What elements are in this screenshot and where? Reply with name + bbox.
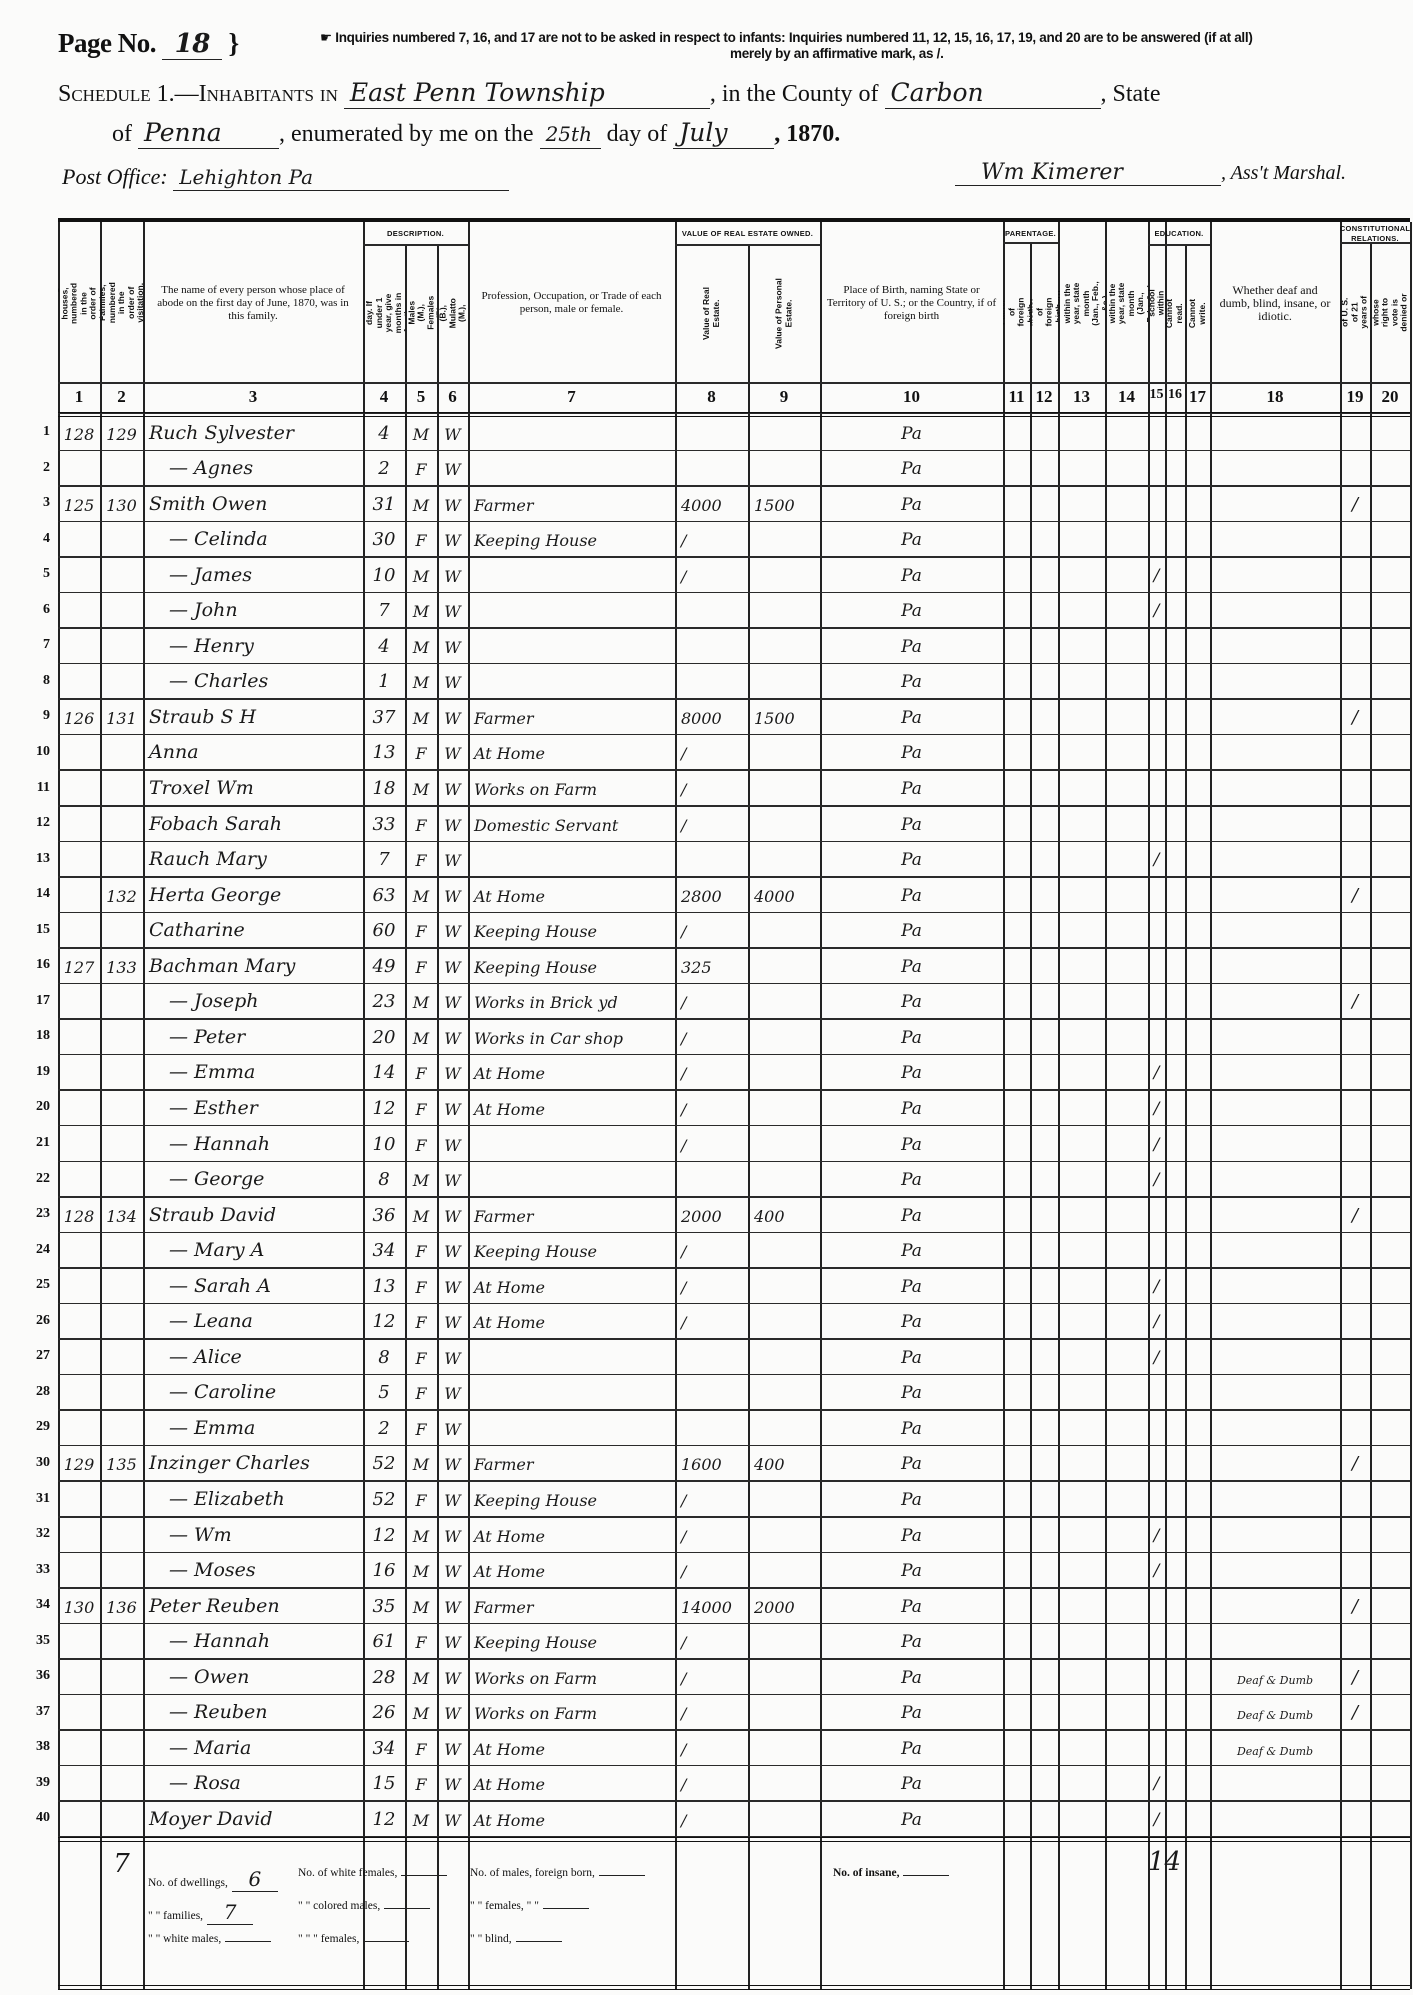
line-number: 2	[0, 460, 50, 476]
age-cell: 60	[363, 920, 405, 941]
name-cell: Smith Owen	[149, 493, 363, 515]
table-row: 3434130136Peter Reuben35MWFarmer14000200…	[58, 1588, 1410, 1624]
color-cell: W	[437, 1207, 468, 1226]
column-header-15: Attended school within the year.	[1148, 226, 1165, 380]
birthplace-cell: Pa	[820, 495, 1003, 515]
column-header-6: Color.—White (W.), Black (B.), Mulatto (…	[437, 246, 468, 380]
schedule-label: Schedule 1.—Inhabitants in	[58, 81, 338, 107]
column-number: 14	[1105, 387, 1148, 407]
occupation-cell: At Home	[474, 1811, 675, 1830]
rows-end-double-rule	[58, 1837, 1410, 1842]
age-cell: 13	[363, 1276, 405, 1297]
column-header-19: Male Citizens of U. S. of 21 years of ag…	[1340, 244, 1370, 380]
sex-cell: M	[405, 496, 437, 515]
column-number: 20	[1370, 387, 1410, 407]
footer-insane-label: No. of insane,	[833, 1867, 899, 1879]
sex-cell: M	[405, 1562, 437, 1581]
color-cell: W	[437, 1100, 468, 1119]
color-cell: W	[437, 851, 468, 870]
age-cell: 26	[363, 1702, 405, 1723]
footer-white-males-value	[225, 1941, 271, 1942]
color-cell: W	[437, 1349, 468, 1368]
family-number-cell: 136	[100, 1598, 143, 1617]
male-citizen-cell: /	[1340, 1702, 1370, 1723]
sex-cell: M	[405, 602, 437, 621]
table-row: 1616127133Bachman Mary49FWKeeping House3…	[58, 948, 1410, 984]
line-number: 20	[0, 1099, 50, 1115]
name-cell: — Henry	[149, 635, 383, 657]
real-estate-cell: /	[681, 993, 748, 1012]
dwelling-number-cell: 125	[58, 496, 100, 515]
occupation-cell: Farmer	[474, 1598, 675, 1617]
name-cell: — Leana	[149, 1310, 383, 1332]
name-cell: Troxel Wm	[149, 777, 363, 799]
column-header-3: The name of every person whose place of …	[143, 226, 363, 380]
name-cell: — Elizabeth	[149, 1488, 383, 1510]
age-cell: 10	[363, 1134, 405, 1155]
column-number: 3	[143, 387, 363, 407]
line-number: 24	[0, 1242, 50, 1258]
line-number: 28	[0, 1384, 50, 1400]
state-field: Penna	[138, 118, 279, 149]
birthplace-cell: Pa	[820, 1490, 1003, 1510]
name-cell: Fobach Sarah	[149, 813, 363, 835]
column-header-11: Father of foreign birth.	[1003, 244, 1030, 380]
age-cell: 52	[363, 1453, 405, 1474]
sex-cell: F	[405, 1633, 437, 1652]
table-bottom-rule	[58, 1985, 1410, 1990]
line-number: 18	[0, 1028, 50, 1044]
line-number: 30	[0, 1455, 50, 1471]
line-number: 33	[0, 1562, 50, 1578]
footer-blind-value	[516, 1941, 562, 1942]
male-citizen-cell: /	[1340, 885, 1370, 906]
dwelling-number-cell: 127	[58, 958, 100, 977]
attended-school-cell: /	[1148, 1561, 1165, 1581]
census-table: Description.Value of Real Estate owned.P…	[58, 218, 1410, 1989]
column-header-14: If married within the year, state month …	[1105, 226, 1148, 380]
birthplace-cell: Pa	[820, 1063, 1003, 1083]
age-cell: 2	[363, 1418, 405, 1439]
birthplace-cell: Pa	[820, 1703, 1003, 1723]
footer-colored-males: " " colored males,	[298, 1900, 430, 1912]
occupation-cell: Farmer	[474, 496, 675, 515]
line-number: 23	[0, 1206, 50, 1222]
attended-school-cell: /	[1148, 1810, 1165, 1830]
color-cell: W	[437, 1491, 468, 1510]
column-header-label: Male Citizens of U. S. of 21 years of ag…	[1340, 293, 1370, 330]
age-cell: 20	[363, 1027, 405, 1048]
table-row: 3636— Owen28MWWorks on Farm/PaDeaf & Dum…	[58, 1659, 1410, 1695]
attended-school-cell: /	[1148, 850, 1165, 870]
column-number: 12	[1030, 387, 1058, 407]
column-header-label: Cannot write.	[1188, 298, 1207, 327]
sex-cell: M	[405, 425, 437, 444]
line-number: 39	[0, 1775, 50, 1791]
real-estate-cell: 325	[681, 958, 748, 977]
attended-school-cell: /	[1148, 1063, 1165, 1083]
age-cell: 37	[363, 707, 405, 728]
color-cell: W	[437, 887, 468, 906]
name-cell: — Peter	[149, 1026, 383, 1048]
deaf-dumb-cell: Deaf & Dumb	[1210, 1674, 1340, 1687]
line-number: 8	[0, 673, 50, 689]
birthplace-cell: Pa	[820, 850, 1003, 870]
dwelling-number-cell: 128	[58, 1207, 100, 1226]
name-cell: — George	[149, 1168, 383, 1190]
column-number: 10	[820, 387, 1003, 407]
table-row: 1111Troxel Wm18MWWorks on Farm/Pa	[58, 771, 1410, 807]
attended-school-cell: /	[1148, 1135, 1165, 1155]
footer-colored-males-value	[384, 1908, 430, 1909]
real-estate-cell: 4000	[681, 496, 748, 515]
color-cell: W	[437, 922, 468, 941]
marshal-line: Wm Kimerer, Ass't Marshal.	[955, 160, 1346, 186]
real-estate-cell: /	[681, 1704, 748, 1723]
color-cell: W	[437, 1633, 468, 1652]
color-cell: W	[437, 425, 468, 444]
table-row: 4040Moyer David12MWAt Home/Pa/	[58, 1801, 1410, 1837]
birthplace-cell: Pa	[820, 1099, 1003, 1119]
sex-cell: M	[405, 638, 437, 657]
name-cell: — Joseph	[149, 990, 383, 1012]
color-cell: W	[437, 1136, 468, 1155]
occupation-cell: Domestic Servant	[474, 816, 675, 835]
deaf-dumb-cell: Deaf & Dumb	[1210, 1745, 1340, 1758]
sex-cell: M	[405, 1207, 437, 1226]
birthplace-cell: Pa	[820, 1668, 1003, 1688]
footer-white-males: " " white males,	[148, 1933, 271, 1945]
column-number: 16	[1165, 387, 1185, 403]
personal-estate-cell: 1500	[754, 496, 820, 515]
dwelling-number-cell: 130	[58, 1598, 100, 1617]
table-row: 1414132Herta George63MWAt Home28004000Pa…	[58, 877, 1410, 913]
color-cell: W	[437, 602, 468, 621]
real-estate-cell: 2000	[681, 1207, 748, 1226]
footer-dwellings: No. of dwellings,6	[148, 1867, 278, 1892]
birthplace-cell: Pa	[820, 708, 1003, 728]
line-number: 27	[0, 1348, 50, 1364]
line-number: 9	[0, 708, 50, 724]
year-label: , 1870.	[774, 121, 840, 147]
occupation-cell: Keeping House	[474, 1491, 675, 1510]
name-cell: Catharine	[149, 919, 363, 941]
sex-cell: M	[405, 1527, 437, 1546]
birthplace-cell: Pa	[820, 1561, 1003, 1581]
state-date-line: of Penna, enumerated by me on the 25th d…	[112, 118, 840, 149]
footer-white-females-value	[401, 1875, 447, 1876]
footer-white-females: No. of white females,	[298, 1867, 447, 1879]
occupation-cell: Keeping House	[474, 1242, 675, 1261]
footer-families-label: " " families,	[148, 1910, 203, 1922]
table-row: 2626— Leana12FWAt Home/Pa/	[58, 1304, 1410, 1340]
age-cell: 8	[363, 1169, 405, 1190]
table-row: 77— Henry4MWPa	[58, 628, 1410, 664]
table-row: 88— Charles1MWPa	[58, 664, 1410, 700]
day-of-label: day of	[607, 121, 668, 147]
column-header-16: Cannot read.	[1165, 246, 1185, 380]
name-cell: — Hannah	[149, 1133, 383, 1155]
attended-school-cell: /	[1148, 1312, 1165, 1332]
column-header-label: Families, numbered in the order of visit…	[100, 282, 143, 325]
occupation-cell: Works in Car shop	[474, 1029, 675, 1048]
column-header-4: Age at last birth-day. If under 1 year, …	[363, 246, 405, 380]
schedule-line: Schedule 1.—Inhabitants in East Penn Tow…	[58, 78, 1161, 109]
age-cell: 12	[363, 1311, 405, 1332]
color-cell: W	[437, 1242, 468, 1261]
attended-school-cell: /	[1148, 1774, 1165, 1794]
real-estate-cell: /	[681, 531, 748, 550]
color-cell: W	[437, 1704, 468, 1723]
age-cell: 1	[363, 671, 405, 692]
attended-school-cell: /	[1148, 1526, 1165, 1546]
age-cell: 63	[363, 885, 405, 906]
post-office-field: Lehighton Pa	[173, 164, 509, 191]
column-header-13: If born within the year, state month (Ja…	[1058, 226, 1105, 380]
column-header-label: Dwelling-houses, numbered in the order o…	[58, 282, 100, 324]
occupation-cell: At Home	[474, 1278, 675, 1297]
sex-cell: M	[405, 673, 437, 692]
sex-cell: M	[405, 567, 437, 586]
month-field: July	[673, 118, 774, 149]
table-row: 3838— Maria34FWAt Home/PaDeaf & Dumb	[58, 1730, 1410, 1766]
color-cell: W	[437, 460, 468, 479]
footer-insane-value	[903, 1875, 949, 1876]
table-row: 2929— Emma2FWPa	[58, 1410, 1410, 1446]
color-cell: W	[437, 1278, 468, 1297]
age-cell: 49	[363, 956, 405, 977]
sex-cell: F	[405, 531, 437, 550]
age-cell: 34	[363, 1738, 405, 1759]
name-cell: Rauch Mary	[149, 848, 363, 870]
line-number: 34	[0, 1597, 50, 1613]
column-header-label: Whether deaf and dumb, blind, insane, or…	[1210, 284, 1340, 323]
real-estate-cell: 2800	[681, 887, 748, 906]
real-estate-cell: /	[681, 1313, 748, 1332]
column-number: 17	[1185, 387, 1210, 407]
age-cell: 12	[363, 1525, 405, 1546]
male-citizen-cell: /	[1340, 1596, 1370, 1617]
birthplace-cell: Pa	[820, 886, 1003, 906]
age-cell: 16	[363, 1560, 405, 1581]
age-cell: 30	[363, 529, 405, 550]
column-header-5: Sex.—Males (M.), Females (F.)	[405, 246, 437, 380]
column-header-7: Profession, Occupation, or Trade of each…	[468, 226, 675, 380]
name-cell: Straub David	[149, 1204, 363, 1226]
birthplace-cell: Pa	[820, 815, 1003, 835]
name-cell: Herta George	[149, 884, 363, 906]
occupation-cell: At Home	[474, 1740, 675, 1759]
name-cell: — Owen	[149, 1666, 383, 1688]
color-cell: W	[437, 1029, 468, 1048]
real-estate-cell: /	[681, 1064, 748, 1083]
age-cell: 52	[363, 1489, 405, 1510]
value-estate-group-header: Value of Real Estate owned.	[675, 224, 820, 244]
real-estate-cell: /	[681, 1811, 748, 1830]
table-row: 2727— Alice8FWPa/	[58, 1339, 1410, 1375]
column-number: 4	[363, 387, 405, 407]
birthplace-cell: Pa	[820, 637, 1003, 657]
table-row: 2323128134Straub David36MWFarmer2000400P…	[58, 1197, 1410, 1233]
birthplace-cell: Pa	[820, 779, 1003, 799]
occupation-cell: Works on Farm	[474, 1669, 675, 1688]
birthplace-cell: Pa	[820, 1206, 1003, 1226]
personal-estate-cell: 2000	[754, 1598, 820, 1617]
birthplace-cell: Pa	[820, 601, 1003, 621]
age-cell: 33	[363, 814, 405, 835]
line-number: 17	[0, 993, 50, 1009]
name-cell: — Agnes	[149, 457, 383, 479]
sex-cell: F	[405, 1242, 437, 1261]
line-number: 35	[0, 1633, 50, 1649]
name-cell: — James	[149, 564, 383, 586]
table-row: 1818— Peter20MWWorks in Car shop/Pa	[58, 1019, 1410, 1055]
family-number-cell: 135	[100, 1455, 143, 1474]
table-row: 1717— Joseph23MWWorks in Brick yd/Pa/	[58, 984, 1410, 1020]
sex-cell: F	[405, 1136, 437, 1155]
sex-cell: F	[405, 744, 437, 763]
table-row: 3939— Rosa15FWAt Home/Pa/	[58, 1766, 1410, 1802]
line-number: 15	[0, 922, 50, 938]
page-number: Page No. 18 }	[58, 28, 239, 60]
real-estate-cell: 1600	[681, 1455, 748, 1474]
personal-estate-cell: 400	[754, 1207, 820, 1226]
age-cell: 61	[363, 1631, 405, 1652]
name-cell: — Celinda	[149, 528, 383, 550]
county-field: Carbon	[885, 78, 1101, 109]
male-citizen-cell: /	[1340, 1453, 1370, 1474]
real-estate-cell: /	[681, 1562, 748, 1581]
birthplace-cell: Pa	[820, 530, 1003, 550]
name-cell: Ruch Sylvester	[149, 422, 363, 444]
color-cell: W	[437, 1811, 468, 1830]
birthplace-cell: Pa	[820, 459, 1003, 479]
sex-cell: F	[405, 1384, 437, 1403]
age-cell: 8	[363, 1347, 405, 1368]
table-row: 2020— Esther12FWAt Home/Pa/	[58, 1090, 1410, 1126]
table-row: 22— Agnes2FWPa	[58, 451, 1410, 487]
table-row: 66— John7MWPa/	[58, 593, 1410, 629]
column-header-label: Male Citizens of U. S. of 21 years of ag…	[1370, 292, 1410, 332]
column-header-label: Father of foreign birth.	[1003, 298, 1030, 327]
birthplace-cell: Pa	[820, 1277, 1003, 1297]
occupation-cell: At Home	[474, 1775, 675, 1794]
column-header-label: Cannot read.	[1166, 298, 1185, 327]
birthplace-cell: Pa	[820, 566, 1003, 586]
column-header-label: Age at last birth-day. If under 1 year, …	[363, 292, 405, 334]
column-header-label: Value of Real Estate.	[702, 277, 721, 350]
dwelling-number-cell: 129	[58, 1455, 100, 1474]
attended-school-cell: /	[1148, 1170, 1165, 1190]
line-number: 22	[0, 1171, 50, 1187]
line-number: 37	[0, 1704, 50, 1720]
color-cell: W	[437, 780, 468, 799]
age-cell: 15	[363, 1773, 405, 1794]
families-total: 7	[100, 1849, 143, 1879]
line-number: 38	[0, 1739, 50, 1755]
column-header-label: Value of Personal Estate.	[775, 277, 794, 349]
line-number: 3	[0, 495, 50, 511]
sex-cell: F	[405, 1491, 437, 1510]
real-estate-cell: /	[681, 1775, 748, 1794]
table-row: 1515Catharine60FWKeeping House/Pa	[58, 913, 1410, 949]
birthplace-cell: Pa	[820, 672, 1003, 692]
line-number: 1	[0, 424, 50, 440]
parentage-group-header: Parentage.	[1003, 224, 1058, 244]
real-estate-cell: /	[681, 1669, 748, 1688]
male-citizen-cell: /	[1340, 494, 1370, 515]
family-number-cell: 131	[100, 709, 143, 728]
line-number: 16	[0, 957, 50, 973]
personal-estate-cell: 4000	[754, 887, 820, 906]
name-cell: — Wm	[149, 1524, 383, 1546]
real-estate-cell: 8000	[681, 709, 748, 728]
name-cell: — Mary A	[149, 1239, 383, 1261]
occupation-cell: Works on Farm	[474, 1704, 675, 1723]
color-cell: W	[437, 531, 468, 550]
footer-foreign-females-label: " " females, " "	[470, 1900, 539, 1912]
real-estate-cell: /	[681, 780, 748, 799]
footer-white-males-label: " " white males,	[148, 1933, 221, 1945]
color-cell: W	[437, 1669, 468, 1688]
attended-school-cell: /	[1148, 1099, 1165, 1119]
column-number: 8	[675, 387, 748, 407]
color-cell: W	[437, 1775, 468, 1794]
occupation-cell: Farmer	[474, 1207, 675, 1226]
birthplace-cell: Pa	[820, 921, 1003, 941]
name-cell: Straub S H	[149, 706, 363, 728]
sex-cell: F	[405, 1100, 437, 1119]
sex-cell: M	[405, 1171, 437, 1190]
occupation-cell: At Home	[474, 1313, 675, 1332]
real-estate-cell: /	[681, 567, 748, 586]
age-cell: 12	[363, 1809, 405, 1830]
line-number: 6	[0, 602, 50, 618]
sex-cell: M	[405, 993, 437, 1012]
color-cell: W	[437, 816, 468, 835]
table-row: 1010Anna13FWAt Home/Pa	[58, 735, 1410, 771]
line-number: 21	[0, 1135, 50, 1151]
sex-cell: F	[405, 816, 437, 835]
line-number: 32	[0, 1526, 50, 1542]
real-estate-cell: /	[681, 816, 748, 835]
column-header-10: Place of Birth, naming State or Territor…	[820, 226, 1003, 380]
column-number: 11	[1003, 387, 1030, 407]
age-cell: 28	[363, 1667, 405, 1688]
sex-cell: M	[405, 1704, 437, 1723]
occupation-cell: At Home	[474, 887, 675, 906]
enumerated-label: , enumerated by me on the	[279, 121, 534, 147]
color-cell: W	[437, 1527, 468, 1546]
birthplace-cell: Pa	[820, 424, 1003, 444]
notice-line-2: merely by an affirmative mark, as /.	[320, 46, 1410, 62]
column-header-label: Color.—White (W.), Black (B.), Mulatto (…	[437, 296, 468, 329]
sex-cell: F	[405, 922, 437, 941]
footer-foreign-females: " " females, " "	[470, 1900, 589, 1912]
birthplace-cell: Pa	[820, 1774, 1003, 1794]
table-row: 2424— Mary A34FWKeeping House/Pa	[58, 1233, 1410, 1269]
sex-cell: F	[405, 460, 437, 479]
township-field: East Penn Township	[344, 78, 710, 109]
day-field: 25th	[540, 121, 601, 149]
attended-school-cell: /	[1148, 566, 1165, 586]
marshal-label: , Ass't Marshal.	[1221, 162, 1346, 184]
footer-colored-females-value	[363, 1941, 409, 1942]
male-citizen-cell: /	[1340, 1667, 1370, 1688]
line-number: 12	[0, 815, 50, 831]
footer-dwellings-value: 6	[232, 1867, 278, 1892]
real-estate-cell: /	[681, 1278, 748, 1297]
